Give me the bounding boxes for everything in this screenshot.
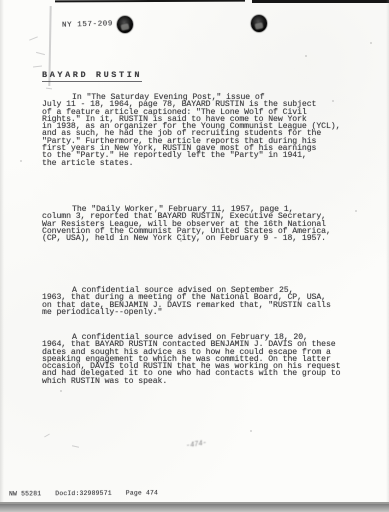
paragraph-daily-worker: The "Daily Worker," February 11, 1957, p… [42, 206, 354, 242]
footer-page-label: Page 474 [126, 489, 158, 496]
footer-release-number: NW 55281 [9, 490, 41, 497]
ink-stamp-dot-right [251, 15, 267, 32]
ink-stamp-dot-left-highlight [120, 23, 129, 31]
handwritten-page-number-mark: -474- [186, 439, 208, 450]
file-number: NY 157-209 [62, 20, 113, 29]
pencil-mark [72, 445, 79, 447]
ink-stamp-dot-right-highlight [254, 22, 263, 30]
pencil-mark [46, 88, 52, 90]
scan-speck [370, 42, 372, 44]
scan-speck [60, 390, 62, 392]
scanned-document-page: NY 157-209 BAYARD RUSTIN In "The Saturda… [0, 0, 389, 512]
paragraph-confidential-source-1964: A confidential source advised on Februar… [42, 334, 354, 385]
scan-edge-bottom [0, 504, 389, 512]
scan-speck [20, 160, 22, 162]
scan-speck [355, 210, 357, 212]
paragraph-national-board-source: A confidential source advised on Septemb… [42, 287, 354, 316]
document-heading-subject-name: BAYARD RUSTIN [42, 70, 142, 82]
scan-edge-left [0, 0, 4, 512]
pencil-mark [36, 52, 45, 55]
scan-speck [305, 55, 307, 57]
paragraph-saturday-evening-post: In "The Saturday Evening Post," issue of… [42, 94, 354, 167]
footer-doc-id: DocId:32989571 [55, 490, 112, 497]
scan-edge-top-left [55, 0, 245, 2]
pencil-mark [33, 66, 42, 68]
ink-stamp-dot-left [117, 16, 133, 33]
pencil-mark [29, 36, 38, 40]
archive-release-footer: NW 55281 DocId:32989571 Page 474 [9, 489, 158, 497]
scan-speck [250, 430, 252, 432]
pencil-mark [44, 434, 50, 438]
scan-edge-top-right [252, 0, 389, 3]
